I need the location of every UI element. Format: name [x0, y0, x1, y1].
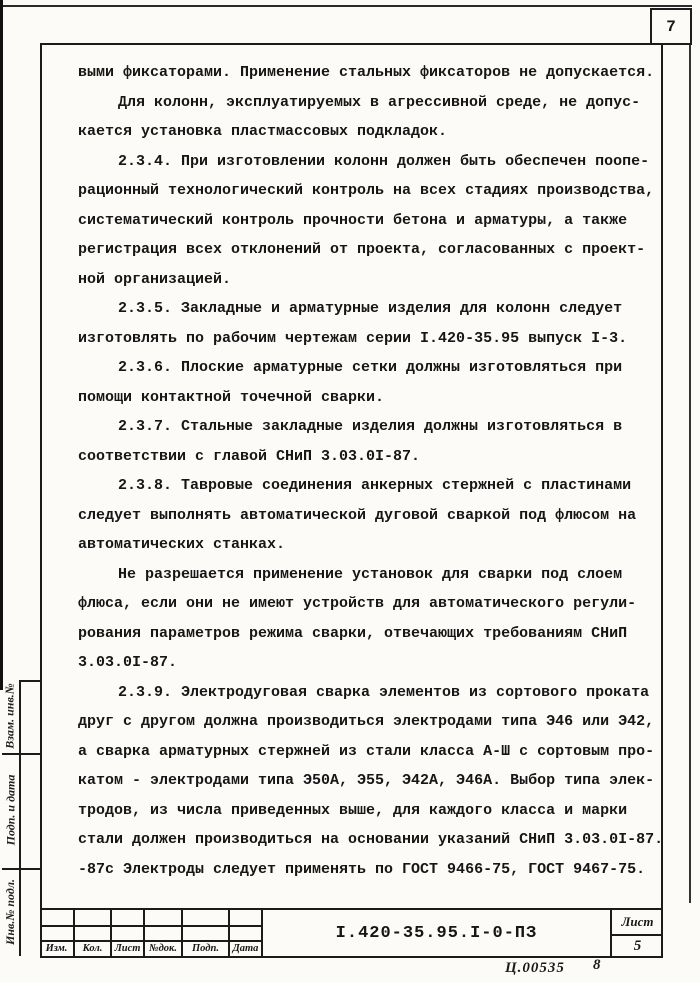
side-label-podp-i-data: Подп. и дата	[2, 753, 20, 868]
text-line: кается установка пластмассовых подкладок…	[78, 117, 660, 147]
text-line: тродов, из числа приведенных выше, для к…	[78, 796, 660, 826]
sheet-box: Лист 5	[612, 908, 663, 956]
revision-column-label: Лист	[112, 942, 145, 956]
text-line: ной организацией.	[78, 265, 660, 295]
revision-column-label: №док.	[145, 942, 183, 956]
revision-cell	[112, 927, 145, 942]
side-column-divider	[19, 680, 41, 682]
revision-cell	[112, 910, 145, 927]
revision-column-label: Подп.	[183, 942, 230, 956]
text-line: автоматических станках.	[78, 530, 660, 560]
revision-table-row	[40, 910, 263, 927]
revision-cell	[230, 927, 263, 942]
text-line: следует выполнять автоматической дуговой…	[78, 501, 660, 531]
designation-cell: I.420-35.95.I-0-ПЗ	[263, 908, 612, 956]
text-line: изготовлять по рабочим чертежам серии I.…	[78, 324, 660, 354]
revision-cell	[40, 927, 75, 942]
revision-table: Изм.Кол.Лист№док.Подп.Дата	[40, 908, 263, 956]
text-line: помощи контактной точечной сварки.	[78, 383, 660, 413]
page-number: 7	[666, 18, 676, 36]
side-label-vzam-inv: Взам. инв.№	[1, 680, 19, 753]
text-line: 3.03.0I-87.	[78, 648, 660, 678]
sheet-top-edge-line	[0, 5, 692, 7]
text-line: друг с другом должна производиться элект…	[78, 707, 660, 737]
revision-cell	[145, 910, 183, 927]
text-line: рационный технологический контроль на вс…	[78, 176, 660, 206]
text-line: рования параметров режима сварки, отвеча…	[78, 619, 660, 649]
scanned-document-page: 7 выми фиксаторами. Применение стальных …	[0, 0, 700, 982]
revision-column-label: Дата	[230, 942, 263, 956]
text-line: 2.3.8. Тавровые соединения анкерных стер…	[78, 471, 660, 501]
revision-cell	[230, 910, 263, 927]
text-line: регистрация всех отклонений от проекта, …	[78, 235, 660, 265]
text-line: катом - электродами типа Э50А, Э55, Э42А…	[78, 766, 660, 796]
text-line: 2.3.4. При изготовлении колонн должен бы…	[78, 147, 660, 177]
document-designation: I.420-35.95.I-0-ПЗ	[336, 924, 538, 943]
text-line: 2.3.6. Плоские арматурные сетки должны и…	[78, 353, 660, 383]
scan-left-edge-artifact	[0, 0, 3, 690]
page-number-box: 7	[650, 8, 692, 45]
revision-cell	[40, 910, 75, 927]
side-label-inv-podl: Инв.№ подл.	[1, 868, 19, 956]
inventory-number-handwritten: Ц.00535	[505, 960, 565, 977]
text-line: Не разрешается применение установок для …	[78, 560, 660, 590]
text-line: стали должен производиться на основании …	[78, 825, 660, 855]
text-line: -87с Электроды следует применять по ГОСТ…	[78, 855, 660, 885]
revision-table-row	[40, 927, 263, 942]
text-line: выми фиксаторами. Применение стальных фи…	[78, 58, 660, 88]
revision-cell	[183, 927, 230, 942]
revision-table-row: Изм.Кол.Лист№док.Подп.Дата	[40, 942, 263, 956]
text-line: Для колонн, эксплуатируемых в агрессивно…	[78, 88, 660, 118]
inventory-number-suffix: 8	[593, 957, 601, 974]
revision-cell	[75, 910, 112, 927]
text-line: а сварка арматурных стержней из стали кл…	[78, 737, 660, 767]
text-line: 2.3.5. Закладные и арматурные изделия дл…	[78, 294, 660, 324]
text-line: соответствии с главой СНиП 3.03.0I-87.	[78, 442, 660, 472]
text-block: выми фиксаторами. Применение стальных фи…	[78, 58, 660, 884]
text-line: систематический контроль прочности бетон…	[78, 206, 660, 236]
revision-cell	[75, 927, 112, 942]
sheet-right-edge-line	[689, 45, 691, 903]
revision-column-label: Кол.	[75, 942, 112, 956]
revision-cell	[183, 910, 230, 927]
sheet-number: 5	[612, 936, 663, 958]
sheet-label: Лист	[612, 910, 663, 936]
revision-column-label: Изм.	[40, 942, 75, 956]
text-line: 2.3.7. Стальные закладные изделия должны…	[78, 412, 660, 442]
text-line: 2.3.9. Электродуговая сварка элементов и…	[78, 678, 660, 708]
text-line: флюса, если они не имеют устройств для а…	[78, 589, 660, 619]
revision-cell	[145, 927, 183, 942]
